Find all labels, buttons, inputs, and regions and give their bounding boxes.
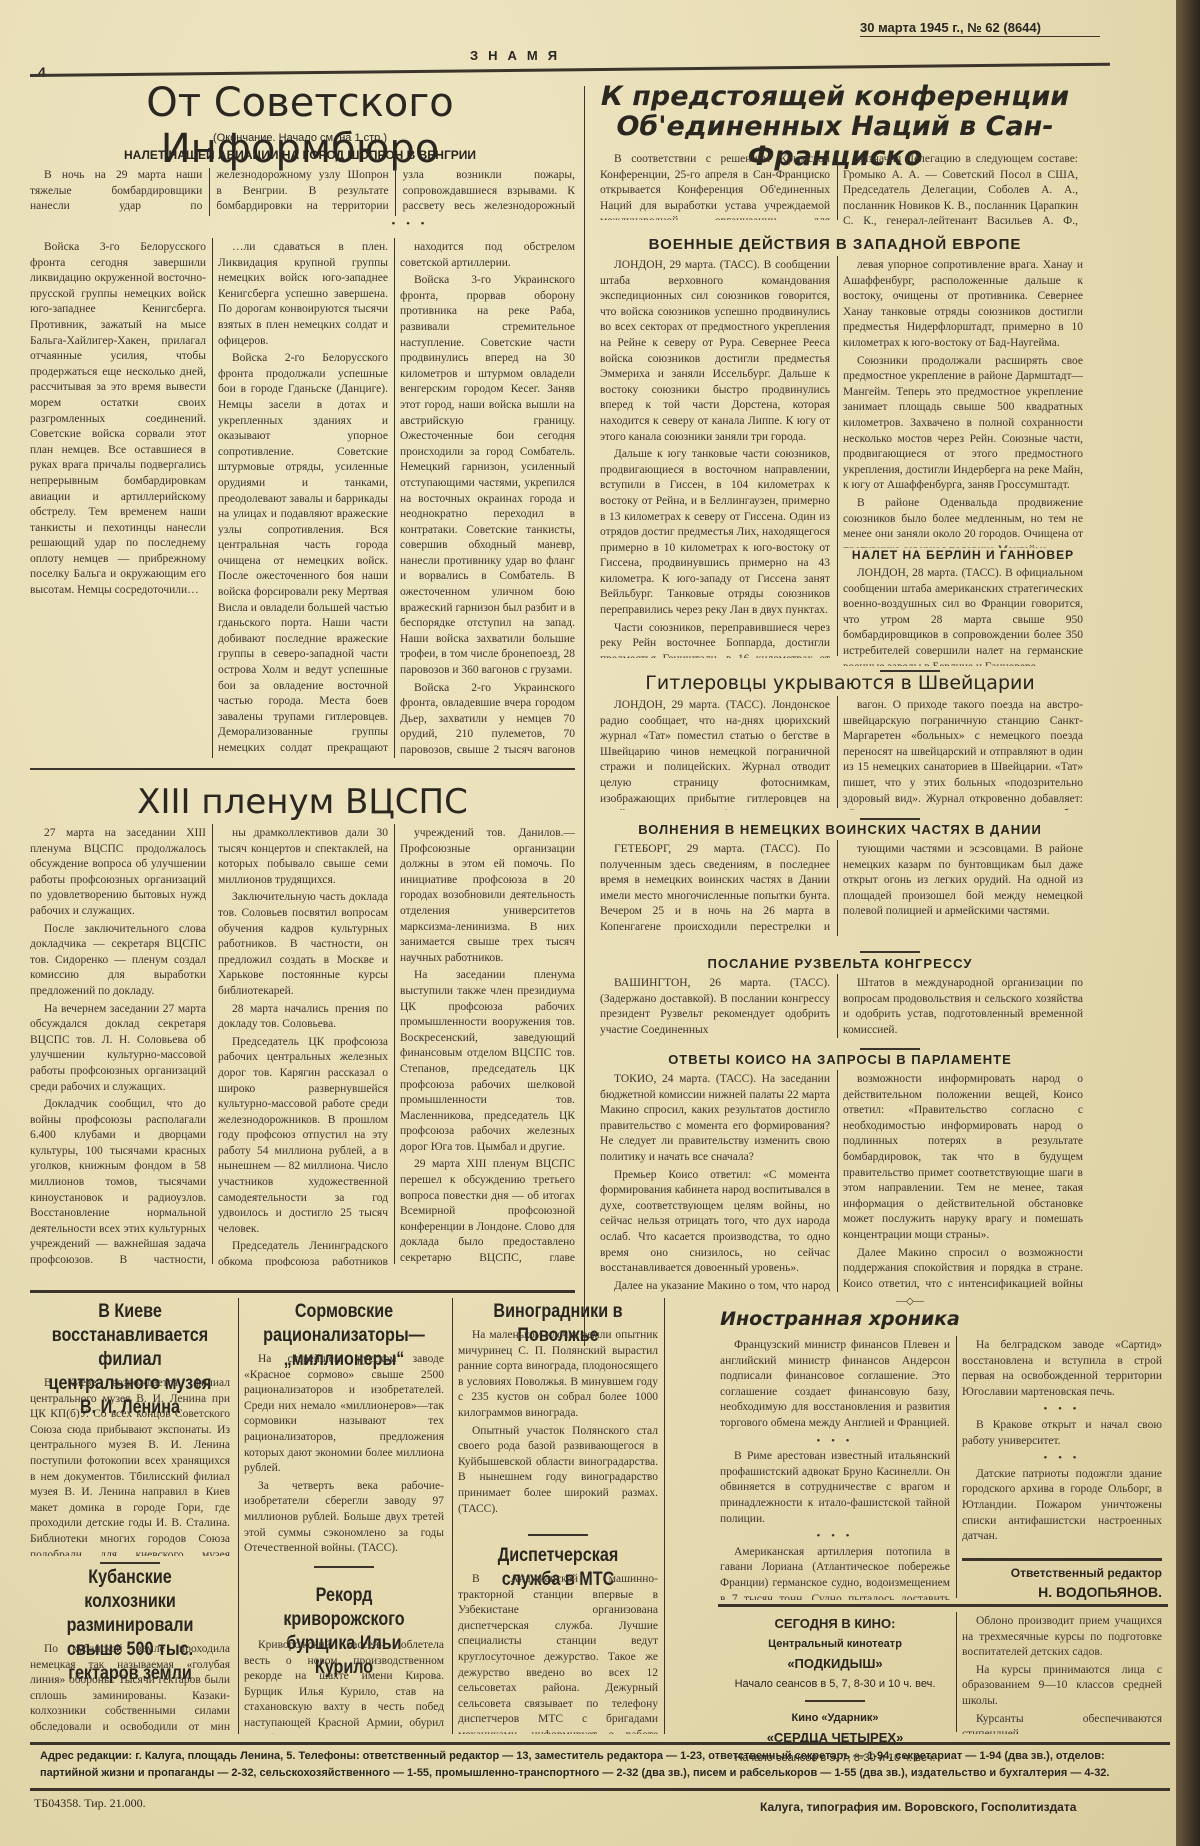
kuban-text: По кубанской земле проходила немецкая та…	[30, 1642, 230, 1732]
informburo-continuation: (Окончание. Начало см. на 1 стр.)	[30, 132, 570, 144]
cinema-venue: Кино «Ударник»	[720, 1708, 950, 1728]
informburo-col3: находится под обстрелом советской артилл…	[400, 240, 575, 760]
informburo-col1: Войска 3-го Белорусского фронта сегодня …	[30, 240, 206, 760]
foreign-col2: На белградском заводе «Сартид» восстанов…	[962, 1338, 1162, 1543]
foreign-chronicle-title: Иностранная хроника	[600, 1308, 1080, 1330]
cinema-venue: Центральный кинотеатр	[720, 1634, 950, 1654]
koiso-col2: возможности информировать народ о действ…	[843, 1072, 1083, 1294]
roosevelt-title: ПОСЛАНИЕ РУЗВЕЛЬТА КОНГРЕССУ	[600, 956, 1080, 971]
sf-conference-col1: В соответствии с решением Крымской Конфе…	[600, 152, 830, 220]
berlin-raid-text: ЛОНДОН, 28 марта. (ТАСС). В официальном …	[843, 566, 1083, 666]
switzerland-col2: вагон. О приходе такого поезда на австро…	[843, 698, 1083, 810]
oblono-ad: Облоно производит прием учащихся на трех…	[962, 1614, 1162, 1734]
mts-text: В Андижанской машинно-тракторной станции…	[458, 1572, 658, 1734]
kurilo-text: Криворожский бассейн облетела весть о но…	[244, 1638, 444, 1734]
plenum-col1: 27 марта на заседании XIII пленума ВЦСПС…	[30, 826, 206, 1266]
sf-conference-col2: назначил Делегацию в следующем составе: …	[843, 152, 1078, 232]
western-front-col1: ЛОНДОН, 29 марта. (ТАСС). В сообщении шт…	[600, 258, 830, 658]
editor-label: Ответственный редактор	[962, 1566, 1162, 1580]
roosevelt-col1: ВАШИНГТОН, 26 марта. (ТАСС). (Задержано …	[600, 976, 830, 1040]
cinema-film: «ПОДКИДЫШ»	[720, 1654, 950, 1674]
cinema-times: Начало сеансов в 5, 7, 8-30 и 10 ч. веч.	[720, 1674, 950, 1694]
koiso-col1: ТОКИО, 24 марта. (ТАСС). На заседании бю…	[600, 1072, 830, 1294]
informburo-col2: …ли сдаваться в плен. Ликвидация крупной…	[218, 240, 388, 760]
informburo-raid-text: В ночь на 29 марта наши тяжелые бомбарди…	[30, 168, 575, 216]
plenum-col2: ны драмколлективов дали 30 тысяч концерт…	[218, 826, 388, 1266]
newspaper-page: 30 марта 1945 г., № 62 (8644) ЗНАМЯ 4 От…	[0, 0, 1176, 1846]
printer: Калуга, типография им. Воровского, Госпо…	[760, 1800, 1076, 1814]
plenum-title: XIII пленум ВЦСПС	[30, 782, 575, 822]
editor-name: Н. ВОДОПЬЯНОВ.	[962, 1584, 1162, 1600]
print-code: ТБ04358. Тир. 21.000.	[34, 1796, 146, 1811]
vineyards-text: На маленьком клочке земли опытник мичури…	[458, 1328, 658, 1528]
switzerland-col1: ЛОНДОН, 29 марта. (ТАСС). Лондонское рад…	[600, 698, 830, 810]
page-number: 4	[38, 64, 46, 80]
koiso-title: ОТВЕТЫ КОИСО НА ЗАПРОСЫ В ПАРЛАМЕНТЕ	[600, 1052, 1080, 1067]
western-front-title: ВОЕННЫЕ ДЕЙСТВИЯ В ЗАПАДНОЙ ЕВРОПЕ	[600, 236, 1070, 253]
informburo-subhead: НАЛЕТ НАШЕЙ АВИАЦИИ НА ГОРОД ШОПРОН В ВЕ…	[30, 148, 570, 162]
kiev-text: В Киеве возрождается филиал центрального…	[30, 1376, 230, 1556]
dateline: 30 марта 1945 г., № 62 (8644)	[860, 20, 1041, 35]
denmark-col2: тующими частями и эсэсовцами. В районе н…	[843, 842, 1083, 938]
page-edge	[1176, 0, 1200, 1846]
plenum-col3: учреждений тов. Данилов.—Профсоюзные орг…	[400, 826, 575, 1266]
denmark-title: ВОЛНЕНИЯ В НЕМЕЦКИХ ВОИНСКИХ ЧАСТЯХ В ДА…	[600, 822, 1080, 837]
berlin-raid-title: НАЛЕТ НА БЕРЛИН И ГАННОВЕР	[843, 548, 1083, 562]
editorial-address: Адрес редакции: г. Калуга, площадь Ленин…	[40, 1748, 1160, 1782]
masthead: ЗНАМЯ	[470, 48, 567, 63]
western-front-col2: левая упорное сопротивление врага. Ханау…	[843, 258, 1083, 548]
sormovo-text: На старейшем русском заводе «Красное сор…	[244, 1352, 444, 1562]
denmark-col1: ГЕТЕБОРГ, 29 марта. (ТАСС). По полученны…	[600, 842, 830, 938]
foreign-col1: Французский министр финансов Плевен и ан…	[720, 1338, 950, 1600]
switzerland-title: Гитлеровцы укрываются в Швейцарии	[600, 672, 1080, 694]
roosevelt-col2: Штатов в международной организации по во…	[843, 976, 1083, 1040]
cinema-film: «СЕРДЦА ЧЕТЫРЕХ»	[720, 1728, 950, 1748]
